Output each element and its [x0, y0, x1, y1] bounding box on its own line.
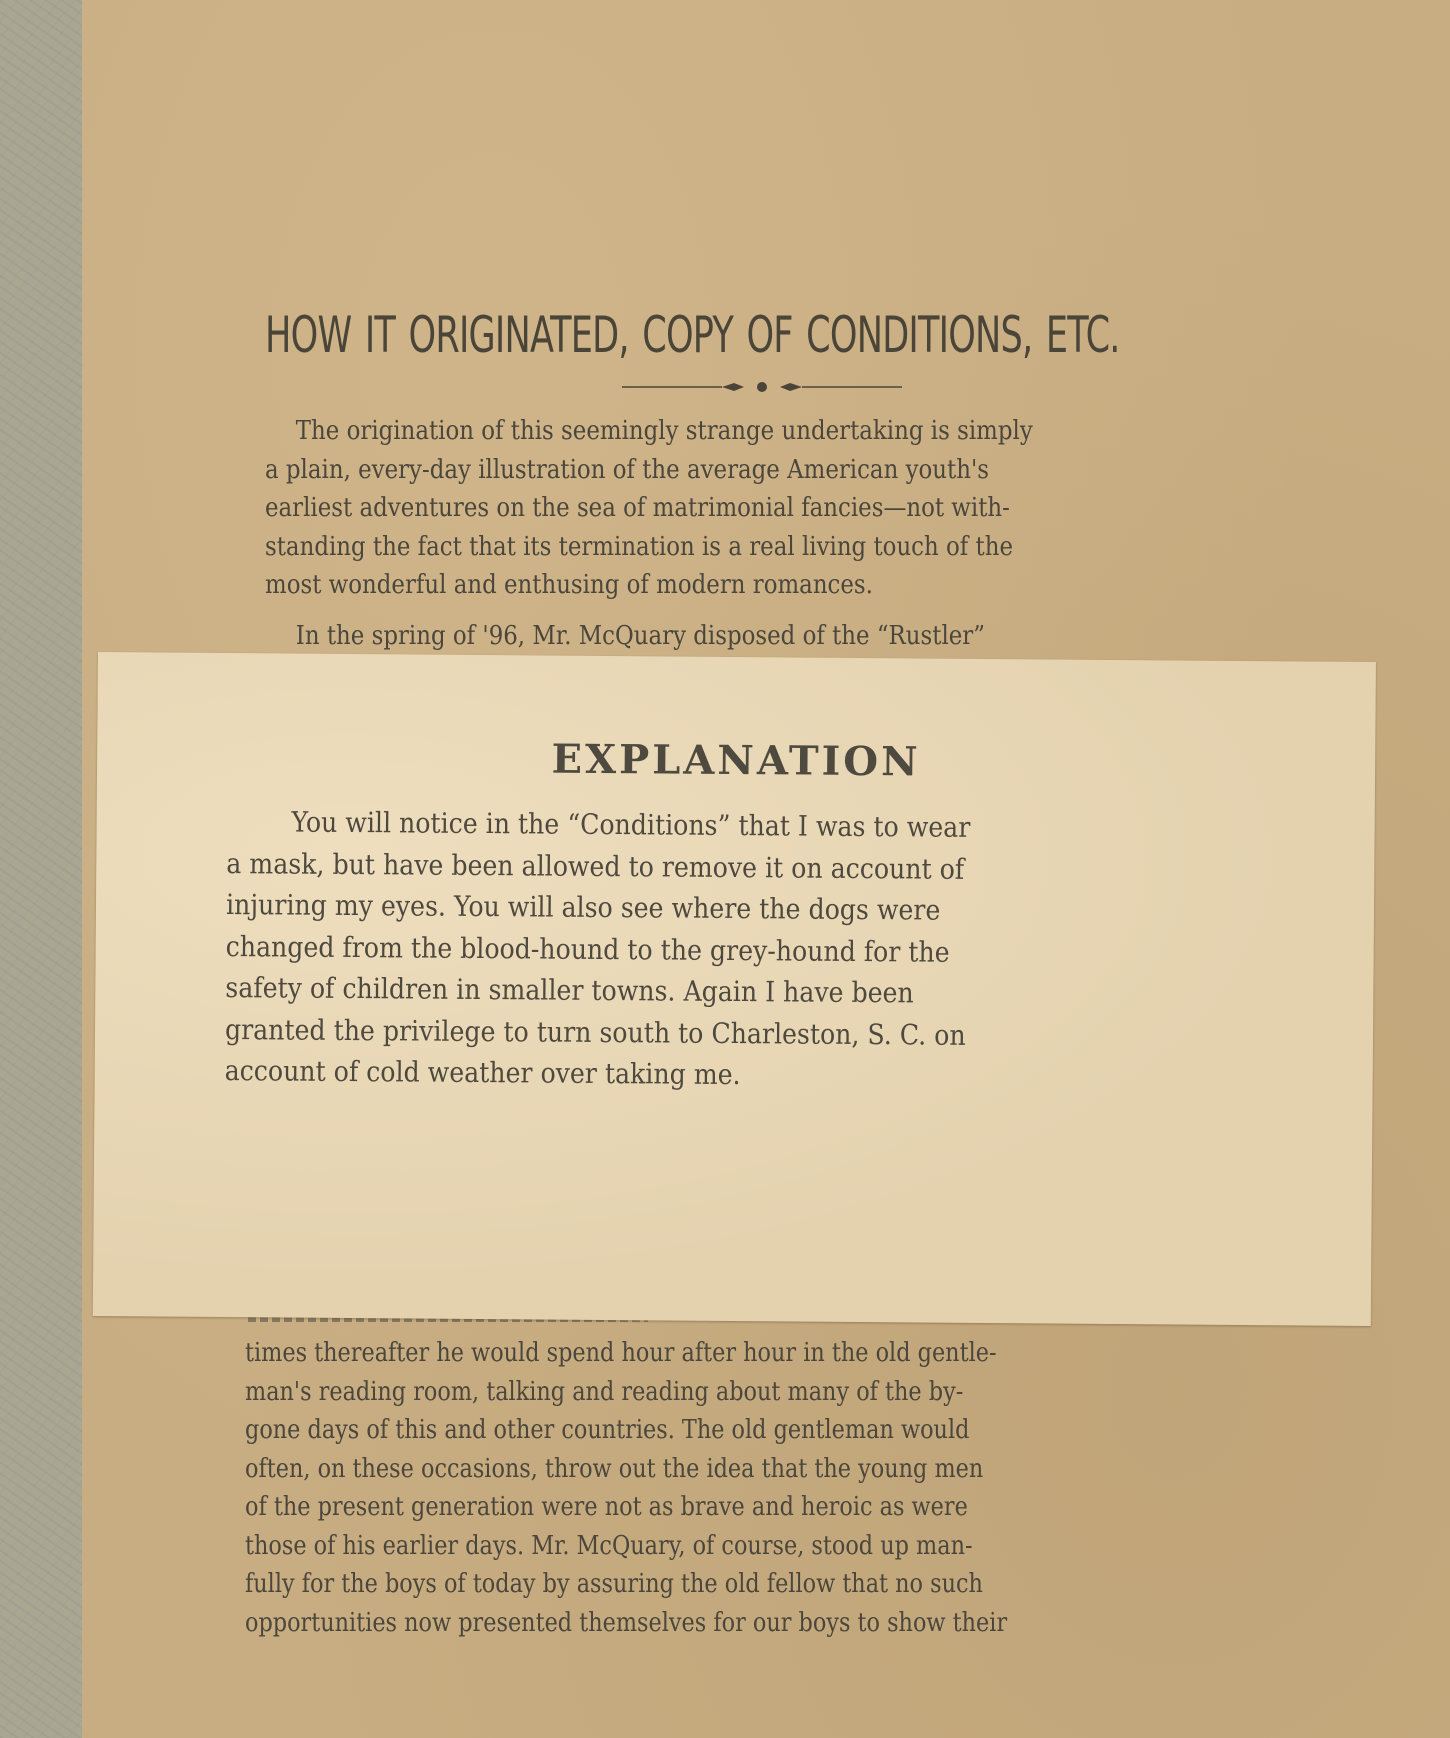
- intro-paragraph: The origination of this seemingly strang…: [265, 412, 1033, 605]
- paragraph-line: of the present generation were not as br…: [245, 1488, 1007, 1527]
- explanation-line: granted the privilege to turn south to C…: [225, 1009, 1134, 1058]
- paragraph-line: a plain, every-day illustration of the a…: [265, 451, 1033, 490]
- explanation-line: account of cold weather over taking me.: [225, 1050, 1134, 1099]
- paragraph-line: those of his earlier days. Mr. McQuary, …: [245, 1527, 1007, 1566]
- paragraph-line: often, on these occasions, throw out the…: [245, 1450, 1007, 1489]
- paragraph-line: times thereafter he would spend hour aft…: [245, 1334, 1007, 1373]
- explanation-line: safety of children in smaller towns. Aga…: [225, 967, 1134, 1016]
- second-paragraph-start: In the spring of '96, Mr. McQuary dispos…: [265, 618, 985, 654]
- paragraph-line: most wonderful and enthusing of modern r…: [265, 566, 1033, 605]
- paragraph-line: man's reading room, talking and reading …: [245, 1373, 1007, 1412]
- explanation-line: You will notice in the “Conditions” that…: [227, 801, 1136, 850]
- paragraph-line: standing the fact that its termination i…: [265, 528, 1033, 567]
- paragraph-line: The origination of this seemingly strang…: [265, 412, 1033, 451]
- explanation-text: You will notice in the “Conditions” that…: [225, 801, 1136, 1099]
- explanation-line: changed from the blood-hound to the grey…: [226, 926, 1135, 975]
- page-title: HOW IT ORIGINATED, COPY OF CONDITIONS, E…: [265, 306, 1033, 364]
- continued-paragraph: times thereafter he would spend hour aft…: [245, 1334, 1007, 1642]
- paragraph-line: fully for the boys of today by assuring …: [245, 1565, 1007, 1604]
- explanation-card: EXPLANATION You will notice in the “Cond…: [93, 652, 1376, 1326]
- binding-strip: [0, 0, 83, 1738]
- paragraph-line: gone days of this and other countries. T…: [245, 1411, 1007, 1450]
- explanation-line: injuring my eyes. You will also see wher…: [226, 884, 1135, 933]
- paragraph-line: earliest adventures on the sea of matrim…: [265, 489, 1033, 528]
- paragraph-line: opportunities now presented themselves f…: [245, 1604, 1007, 1643]
- divider-ornament-icon: [622, 380, 902, 394]
- explanation-heading: EXPLANATION: [97, 732, 1375, 789]
- explanation-line: a mask, but have been allowed to remove …: [226, 843, 1135, 892]
